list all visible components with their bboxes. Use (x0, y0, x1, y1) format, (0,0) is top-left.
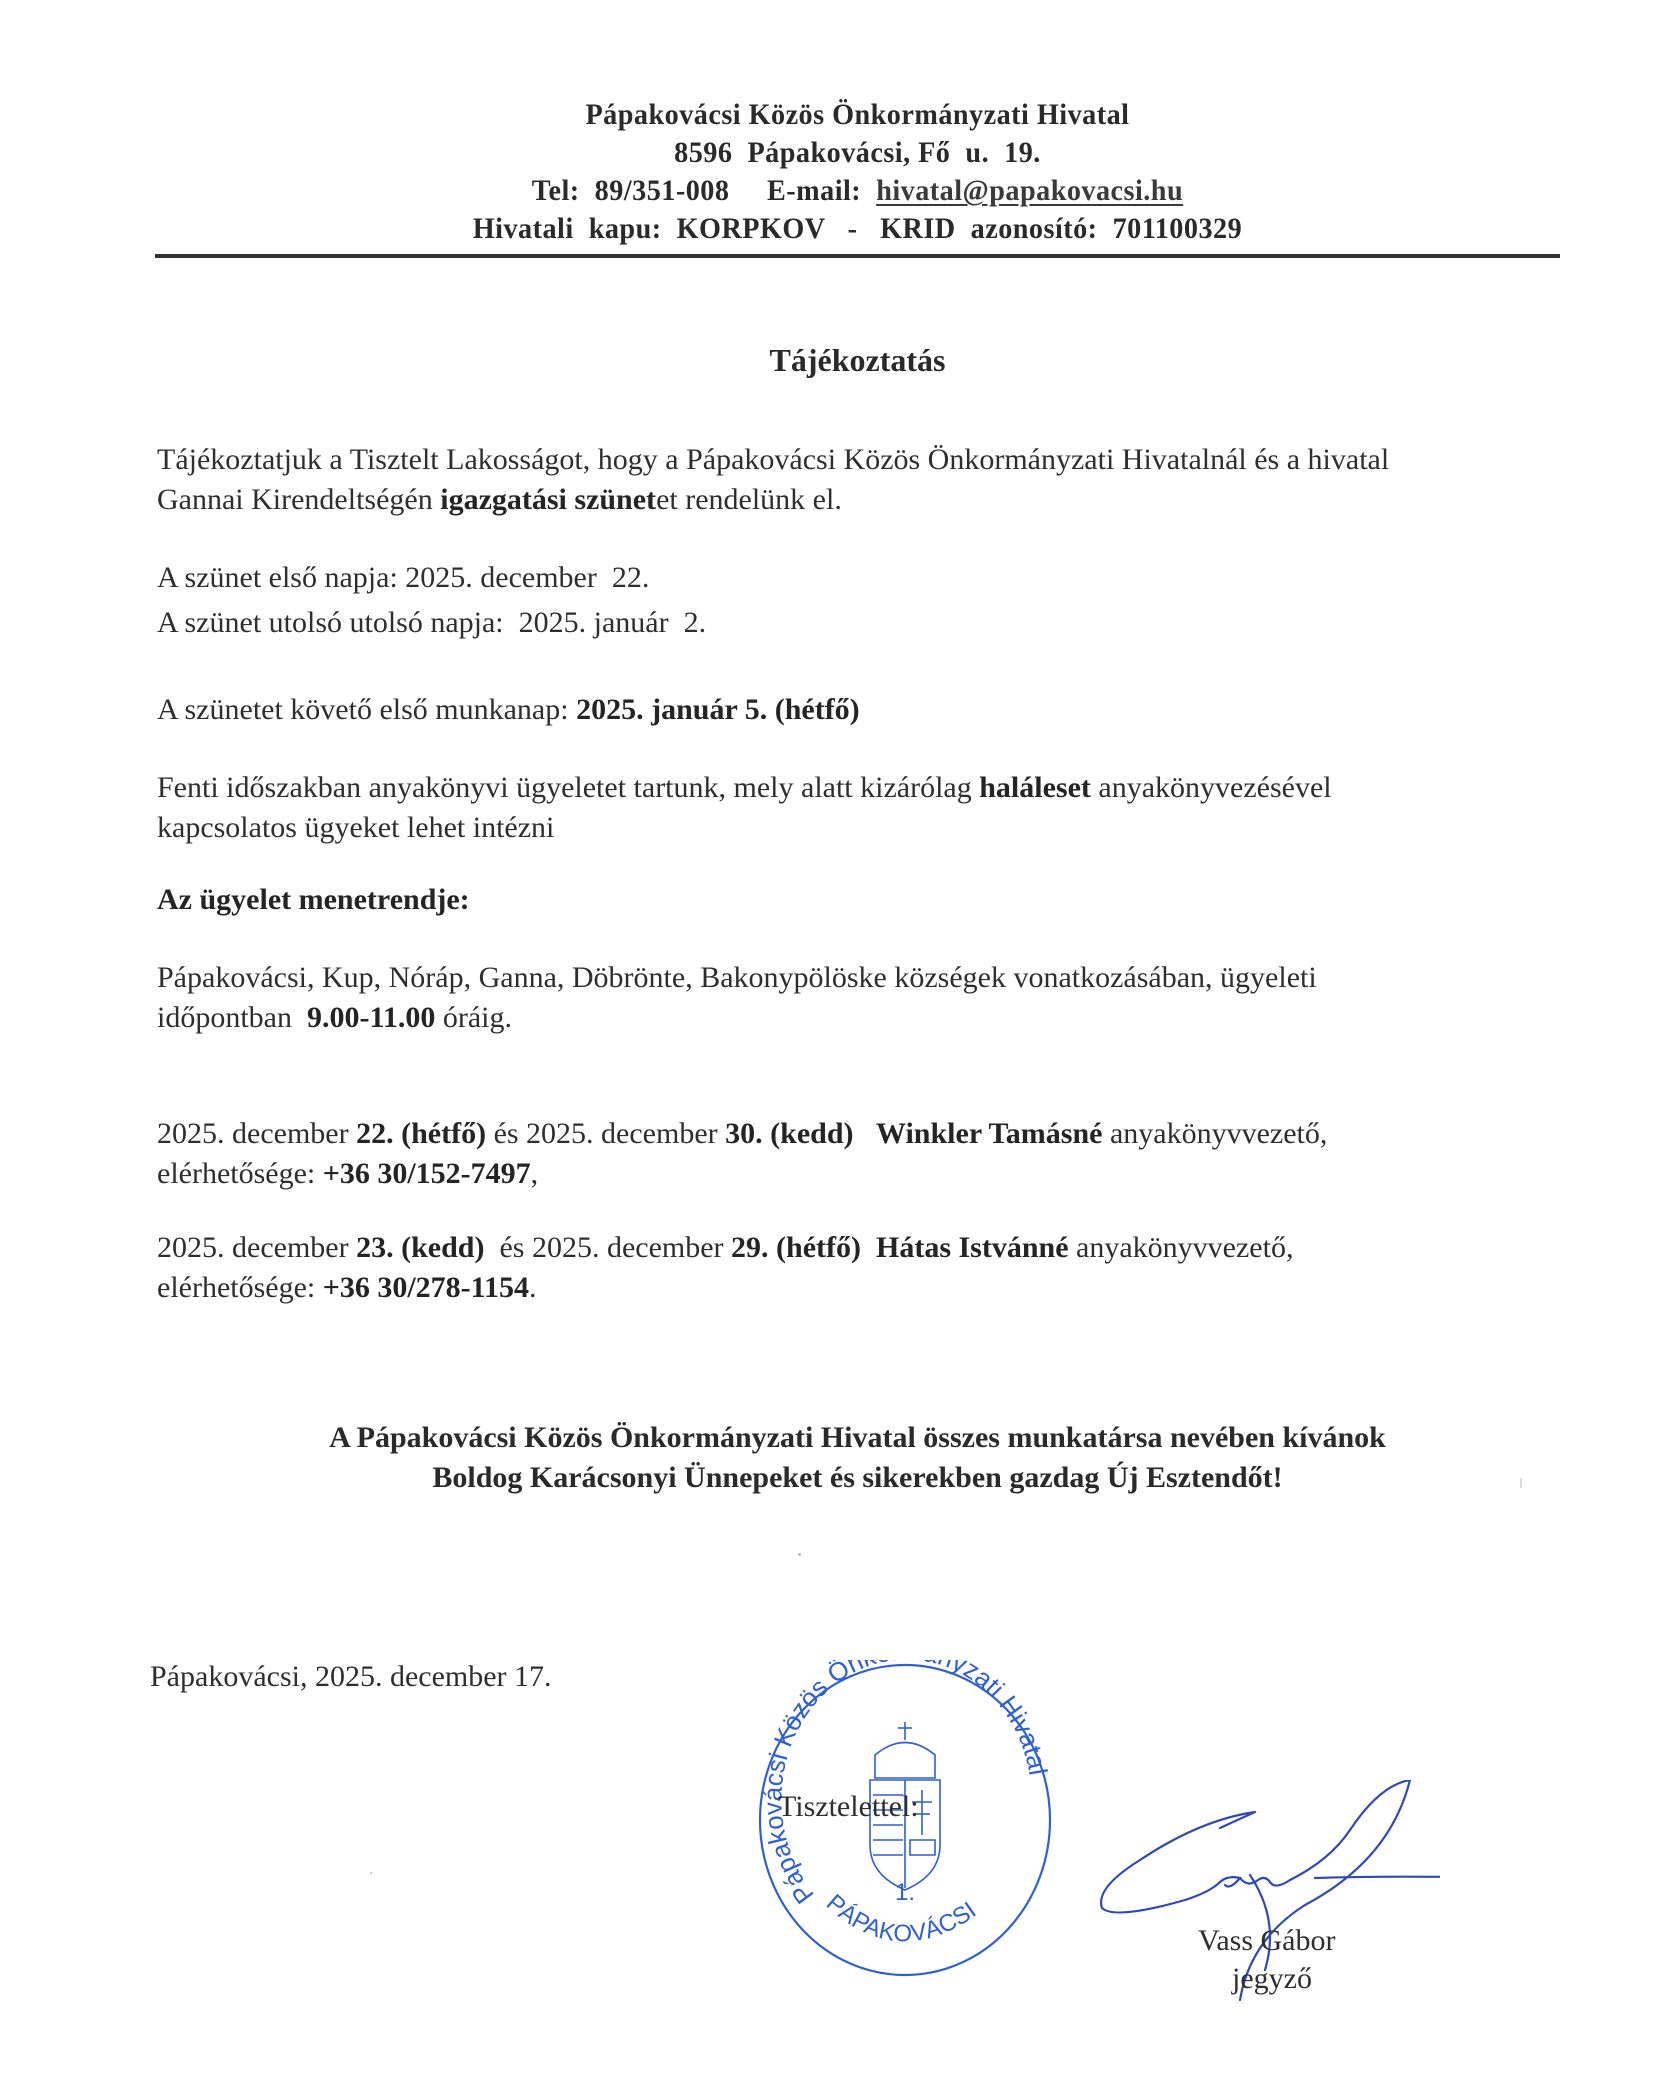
duty-line-2: kapcsolatos ügyeket lehet intézni (157, 808, 554, 848)
intro-line-1: Tájékoztatjuk a Tisztelt Lakosságot, hog… (157, 440, 1389, 480)
registrar-1-phone: +36 30/152-7497 (323, 1157, 531, 1190)
registrar-1-dates: 2025. december 22. (hétfő) és 2025. dece… (157, 1114, 1327, 1154)
first-workday-date: 2025. január 5. (hétfő) (576, 693, 860, 726)
duty-case-emphasis: haláleset (979, 771, 1091, 804)
duty-line-1: Fenti időszakban anyakönyvi ügyeletet ta… (157, 768, 1332, 808)
signer-title: jegyző (1232, 1962, 1312, 1996)
break-last-day: A szünet utolsó utolsó napja: 2025. janu… (157, 603, 706, 643)
regards-text: Tisztelettel: (778, 1790, 919, 1824)
signer-name: Vass Gábor (1198, 1924, 1335, 1958)
registrar-2-phone: +36 30/278-1154 (323, 1271, 529, 1304)
letterhead-email-label: E-mail: (767, 174, 876, 207)
place-and-date: Pápakovácsi, 2025. december 17. (150, 1660, 552, 1694)
document-title: Tájékoztatás (0, 342, 1653, 379)
letterhead-contact: Tel: 89/351-008 E-mail: hivatal@papakova… (51, 174, 1653, 208)
email-link[interactable]: hivatal@papakovacsi.hu (876, 174, 1183, 207)
scan-speck (370, 1872, 372, 1874)
break-type-emphasis: igazgatási szünet (440, 483, 656, 516)
greeting-line-1: A Pápakovácsi Közös Önkormányzati Hivata… (0, 1418, 1653, 1458)
first-workday: A szünetet követő első munkanap: 2025. j… (157, 690, 860, 730)
letterhead-gateway: Hivatali kapu: KORPKOV - KRID azonosító:… (51, 212, 1653, 246)
registrar-2-name: Hátas Istvánné (876, 1231, 1069, 1264)
break-first-day: A szünet első napja: 2025. december 22. (157, 558, 649, 598)
greeting-line-2: Boldog Karácsonyi Ünnepeket és sikerekbe… (0, 1458, 1653, 1498)
scan-speck (798, 1553, 801, 1556)
registrar-1-contact: elérhetősége: +36 30/152-7497, (157, 1154, 538, 1194)
duty-hours: időpontban 9.00-11.00 óráig. (157, 998, 512, 1038)
letterhead-tel: Tel: 89/351-008 (532, 174, 730, 207)
registrar-2-contact: elérhetősége: +36 30/278-1154. (157, 1268, 537, 1308)
letterhead-address: 8596 Pápakovácsi, Fő u. 19. (51, 136, 1653, 170)
letterhead-org-name: Pápakovácsi Közös Önkormányzati Hivatal (51, 98, 1653, 132)
scan-speck (1520, 1478, 1522, 1488)
villages-line: Pápakovácsi, Kup, Nóráp, Ganna, Döbrönte… (157, 958, 1317, 998)
letterhead-divider (155, 254, 1560, 258)
duty-hours-value: 9.00-11.00 (307, 1001, 435, 1034)
registrar-2-dates: 2025. december 23. (kedd) és 2025. decem… (157, 1228, 1293, 1268)
registrar-1-name: Winkler Tamásné (876, 1117, 1102, 1150)
schedule-heading: Az ügyelet menetrendje: (157, 880, 470, 920)
intro-line-2: Gannai Kirendeltségén igazgatási szünete… (157, 480, 842, 520)
